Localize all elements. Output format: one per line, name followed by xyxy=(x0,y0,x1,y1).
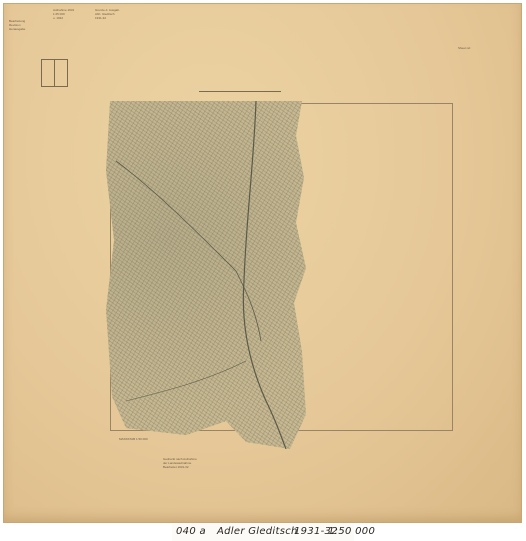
river-network xyxy=(106,101,306,449)
map-scale: 1:50 000 xyxy=(328,526,375,537)
scale-bar xyxy=(199,91,281,92)
margin-note-bottom-center: Gedruckt nach Aufnahme der Landesaufnahm… xyxy=(163,457,197,469)
sheet-index-diagram xyxy=(41,59,68,87)
margin-note-top-center-b: Grenze d. Ausgab. Abh. Gleditsch 1931-32 xyxy=(95,8,120,20)
margin-note-top-center-a: Aufnahme 1931 1:25 000 u. 1932 xyxy=(53,8,74,20)
map-sheet: Bearbeitung Revision Herausgabe Aufnahme… xyxy=(3,3,522,523)
map-title: Adler Gleditsch xyxy=(217,526,298,537)
margin-note-top-right: Sheet ref. xyxy=(458,46,471,50)
sheet-number: 040 a xyxy=(176,526,206,537)
margin-note-top-left: Bearbeitung Revision Herausgabe xyxy=(9,19,25,31)
bottom-legend: MASSSTAB 1:50 000 xyxy=(119,437,148,441)
